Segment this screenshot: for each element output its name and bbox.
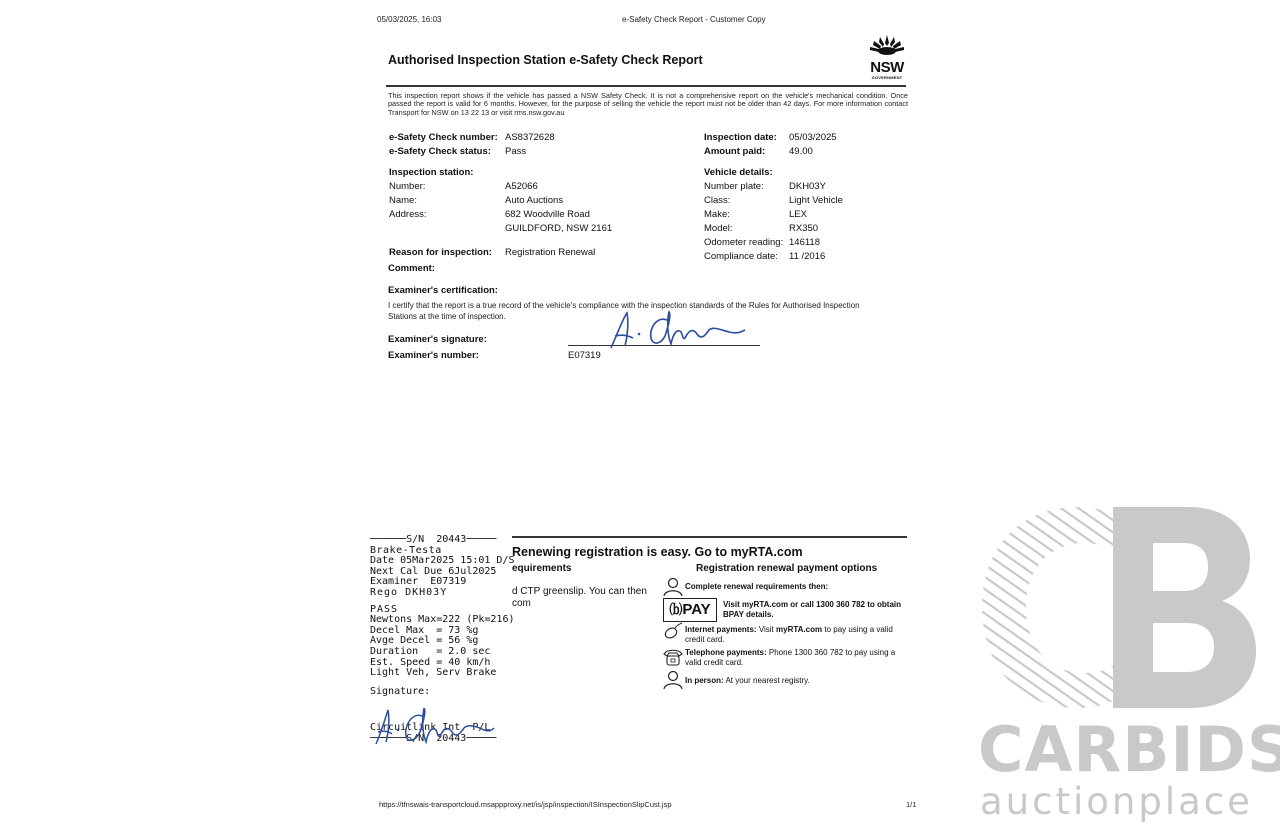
check-number: AS8372628 <box>505 131 555 145</box>
amount-paid: 49.00 <box>789 145 813 159</box>
receipt-duration: Duration = 2.0 sec <box>370 647 510 658</box>
vehicle-heading: Vehicle details: <box>704 166 773 180</box>
in-person: In person: At your nearest registry. <box>685 676 810 686</box>
carbids-cb-logo-icon <box>978 505 1258 710</box>
model-label: Model: <box>704 222 733 236</box>
status-value: Pass <box>505 145 526 159</box>
nsw-logo-sub: GOVERNMENT <box>866 75 908 80</box>
receipt-sn-top: ──────S/N 20443───── <box>370 535 510 546</box>
person-icon <box>663 671 683 689</box>
station-name-label: Name: <box>389 194 417 208</box>
examiner-number: E07319 <box>568 349 601 363</box>
title-divider <box>386 85 906 87</box>
examiner-number-label: Examiner's number: <box>388 349 479 363</box>
station-address-line2: GUILDFORD, NSW 2161 <box>505 222 612 236</box>
internet-payments: Internet payments: Visit myRTA.com to pa… <box>685 625 907 645</box>
comment-label: Comment: <box>388 262 435 276</box>
odometer-value: 146118 <box>789 236 820 250</box>
payment-options-heading: Registration renewal payment options <box>696 563 877 574</box>
make-label: Make: <box>704 208 730 222</box>
plate-value: DKH03Y <box>789 180 826 194</box>
receipt-brake-type: Light Veh, Serv Brake <box>370 668 510 679</box>
odometer-label: Odometer reading: <box>704 236 783 250</box>
complete-requirements-label: Complete renewal requirements then: <box>685 582 828 592</box>
reason-value: Registration Renewal <box>505 246 595 260</box>
status-label: e-Safety Check status: <box>389 145 491 159</box>
receipt-signature-label: Signature: <box>370 687 510 698</box>
computer-mouse-icon <box>663 622 683 640</box>
telephone-icon <box>663 648 683 666</box>
station-heading: Inspection station: <box>389 166 473 180</box>
plate-label: Number plate: <box>704 180 764 194</box>
station-address-line1: 682 Woodville Road <box>505 208 590 222</box>
certification-heading: Examiner's certification: <box>388 284 498 298</box>
bpay-logo: ⒝PAY <box>663 598 717 622</box>
make-value: LEX <box>789 208 807 222</box>
telephone-payments: Telephone payments: Phone 1300 360 782 t… <box>685 648 907 668</box>
examiner-signature-label: Examiner's signature: <box>388 333 487 347</box>
station-name: Auto Auctions <box>505 194 563 208</box>
bpay-b-icon: ⒝ <box>669 602 682 617</box>
inspection-date: 05/03/2025 <box>789 131 837 145</box>
report-title: Authorised Inspection Station e-Safety C… <box>388 53 703 67</box>
footer-page-number: 1/1 <box>906 800 916 809</box>
check-number-label: e-Safety Check number: <box>389 131 498 145</box>
person-icon <box>663 578 683 596</box>
carbids-wordmark: CARBIDS <box>978 713 1280 786</box>
station-number: A52066 <box>505 180 538 194</box>
receipt-signature-icon <box>372 708 497 748</box>
intro-text: This inspection report shows if the vehi… <box>388 92 908 117</box>
receipt-rego: Rego DKH03Y <box>370 588 510 599</box>
renewal-left-text-2: com <box>512 598 531 609</box>
footer-url: https://tfnswais-transportcloud.msapppro… <box>379 800 672 809</box>
station-address-label: Address: <box>389 208 427 222</box>
nsw-logo-word: NSW <box>866 61 908 75</box>
class-value: Light Vehicle <box>789 194 843 208</box>
inspection-date-label: Inspection date: <box>704 131 777 145</box>
examiner-signature-icon <box>605 310 750 352</box>
renewal-headline: Renewing registration is easy. Go to myR… <box>512 545 803 559</box>
compliance-label: Compliance date: <box>704 250 778 264</box>
reason-label: Reason for inspection: <box>389 246 492 260</box>
station-number-label: Number: <box>389 180 425 194</box>
amount-paid-label: Amount paid: <box>704 145 765 159</box>
nsw-government-logo: NSW GOVERNMENT <box>866 34 908 82</box>
model-value: RX350 <box>789 222 818 236</box>
bpay-text: Visit myRTA.com or call 1300 360 782 to … <box>723 600 908 620</box>
carbids-tagline: auctionplace <box>980 780 1253 823</box>
compliance-value: 11 /2016 <box>789 250 825 264</box>
class-label: Class: <box>704 194 730 208</box>
carbids-watermark: CARBIDS auctionplace <box>978 505 1258 815</box>
renewal-left-heading: equirements <box>512 563 571 574</box>
renewal-left-text-1: d CTP greenslip. You can then <box>512 586 647 597</box>
myrta-link[interactable]: myRTA.com <box>776 625 822 634</box>
renewal-divider <box>512 536 907 538</box>
print-datetime: 05/03/2025, 16:03 <box>377 15 442 24</box>
waratah-icon <box>868 34 906 56</box>
print-doc-title: e-Safety Check Report - Customer Copy <box>622 15 766 24</box>
